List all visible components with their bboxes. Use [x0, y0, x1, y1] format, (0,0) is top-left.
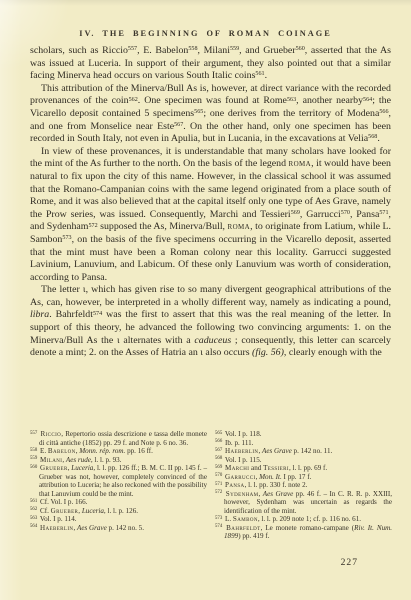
footnote-560: 560 Grueber, Luceria, l. l. pp. 126 ff.;…	[30, 464, 207, 498]
footnote-557: 557 Riccio, Repertorio ossia descrizione…	[30, 430, 207, 447]
footnote-564: 564 Haeberlin, Aes Grave p. 142 no. 5.	[30, 524, 207, 533]
footnote-number: 560	[30, 465, 37, 470]
footnote-number: 564	[30, 524, 37, 529]
footnotes-section: 557 Riccio, Repertorio ossia descrizione…	[30, 430, 392, 541]
footnote-571: 571 Pansa, l. l. pp. 330 f. note 2.	[215, 481, 392, 490]
paragraph: In view of these provenances, it is unde…	[30, 146, 391, 285]
footnote-number: 557	[30, 431, 37, 436]
footnotes-right-column: 565 Vol. I p. 118.566 Ib. p. 111.567 Hae…	[215, 430, 392, 541]
footnote-number: 567	[215, 448, 222, 453]
footnote-572: 572 Sydenham, Aes Grave pp. 46 f. – In C…	[215, 490, 392, 516]
footnote-number: 565	[215, 431, 222, 436]
book-page: IV. THE BEGINNING OF ROMAN COINAGE schol…	[0, 0, 411, 600]
footnote-565: 565 Vol. I p. 118.	[215, 430, 392, 439]
footnote-number: 558	[30, 448, 37, 453]
footnote-number: 569	[215, 465, 222, 470]
paragraph: This attribution of the Minerva/Bull As …	[30, 83, 391, 146]
footnote-573: 573 L. Sambon, l. l. p. 209 note 1; cf. …	[215, 515, 392, 524]
footnote-number: 562	[30, 507, 37, 512]
footnote-number: 566	[215, 439, 222, 444]
footnote-number: 574	[215, 524, 222, 529]
footnote-558: 558 E. Babelon, Monn. rép. rom. pp. 16 f…	[30, 447, 207, 456]
footnote-570: 570 Garrucci, Mon. It. I pp. 17 f.	[215, 473, 392, 482]
footnote-number: 563	[30, 516, 37, 521]
footnote-number: 573	[215, 516, 222, 521]
page-number: 227	[341, 557, 358, 568]
footnote-number: 571	[215, 482, 222, 487]
footnote-561: 561 Cf. Vol. I p. 166.	[30, 498, 207, 507]
footnote-number: 561	[30, 499, 37, 504]
footnotes-left-column: 557 Riccio, Repertorio ossia descrizione…	[30, 430, 207, 541]
footnote-number: 568	[215, 456, 222, 461]
paragraph: The letter ɩ, which has given rise to so…	[30, 284, 391, 360]
footnote-567: 567 Haeberlin, Aes Grave p. 142 no. 11.	[215, 447, 392, 456]
running-head: IV. THE BEGINNING OF ROMAN COINAGE	[0, 29, 411, 38]
footnote-number: 570	[215, 473, 222, 478]
footnote-563: 563 Vol. I p. 114.	[30, 515, 207, 524]
footnote-574: 574 Bahrfeldt, Le monete romano-campane …	[215, 524, 392, 541]
footnote-number: 572	[215, 490, 222, 495]
footnote-559: 559 Milani, Aes rude, l. l. p. 93.	[30, 456, 207, 465]
footnote-number: 559	[30, 456, 37, 461]
footnote-569: 569 Marchi and Tessieri, l. l. pp. 69 f.	[215, 464, 392, 473]
footnote-568: 568 Vol. I p. 115.	[215, 456, 392, 465]
paragraph: scholars, such as Riccio557, E. Babelon5…	[30, 45, 391, 83]
footnote-566: 566 Ib. p. 111.	[215, 439, 392, 448]
body-text: scholars, such as Riccio557, E. Babelon5…	[30, 45, 391, 360]
footnote-562: 562 Cf. Grueber, Luceria, l. l. p. 126.	[30, 507, 207, 516]
